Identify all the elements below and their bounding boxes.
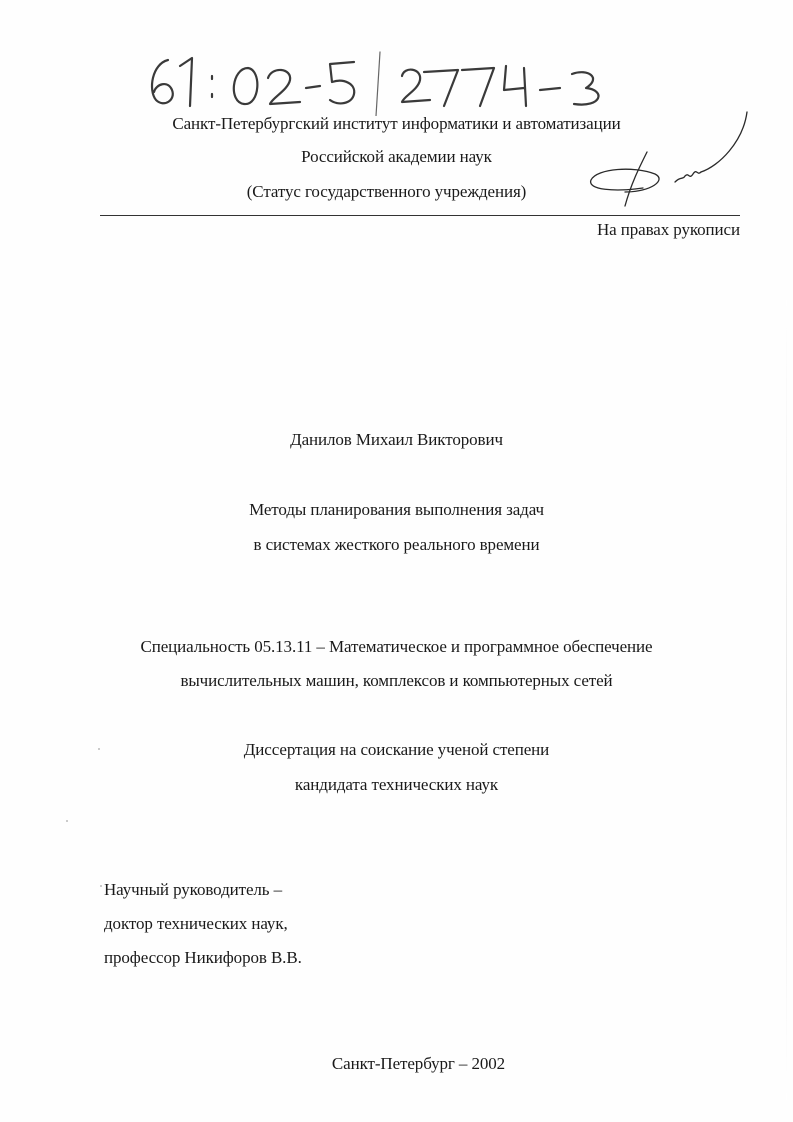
specialty-line2: вычислительных машин, комплексов и компь… (0, 671, 793, 691)
scan-speck (66, 820, 68, 822)
degree-line1: Диссертация на соискание ученой степени (0, 740, 793, 760)
specialty-line1: Специальность 05.13.11 – Математическое … (0, 637, 793, 657)
handwritten-archive-code (140, 46, 620, 116)
scan-speck (100, 885, 102, 887)
thesis-title-line2: в системах жесткого реального времени (0, 535, 793, 555)
supervisor-name: профессор Никифоров В.В. (104, 948, 302, 968)
manuscript-rights-note: На правах рукописи (597, 220, 740, 240)
thesis-title-line1: Методы планирования выполнения задач (0, 500, 793, 520)
dissertation-title-page: Санкт-Петербургский институт информатики… (0, 0, 793, 1122)
supervisor-label: Научный руководитель – (104, 880, 282, 900)
supervisor-degree: доктор технических наук, (104, 914, 288, 934)
scan-edge-shadow (786, 300, 787, 1100)
header-divider (100, 215, 740, 216)
city-year-footer: Санкт-Петербург – 2002 (22, 1054, 793, 1074)
author-name: Данилов Михаил Викторович (0, 430, 793, 450)
degree-line2: кандидата технических наук (0, 775, 793, 795)
scan-speck (98, 748, 100, 750)
signature-mark (585, 110, 765, 210)
